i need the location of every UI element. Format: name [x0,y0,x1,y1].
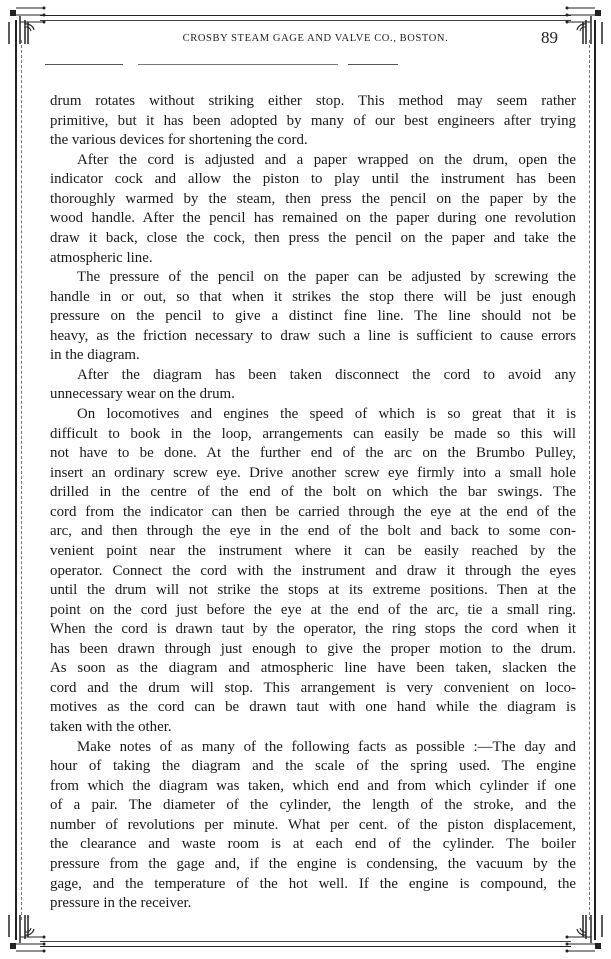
text-line: point on the cord just before the eye at… [50,601,576,621]
text-line: taken with the other. [50,718,576,738]
text-line: cord and the drum will stop. This arrang… [50,679,576,699]
corner-ornament-bottom-left-icon [6,913,46,955]
paragraph: After the diagram has been taken disconn… [50,366,576,405]
page-number: 89 [541,28,558,48]
text-line: motives as the cord can be drawn taut wi… [50,698,576,718]
text-line: pressure on the pencil to give a distinc… [50,307,576,327]
paragraph: The pressure of the pencil on the paper … [50,268,576,366]
text-line: On locomotives and engines the speed of … [50,405,576,425]
paragraph: Make notes of as many of the following f… [50,738,576,914]
text-line: After the diagram has been taken disconn… [50,366,576,386]
text-line: When the cord is drawn taut by the opera… [50,620,576,640]
text-line: operator. Connect the cord with the inst… [50,562,576,582]
header-rule-right [348,64,398,65]
running-head-title: CROSBY STEAM GAGE AND VALVE CO., BOSTON. [60,33,571,44]
text-line: atmospheric line. [50,249,576,269]
text-line: indicator cock and allow the piston to p… [50,170,576,190]
text-line: draw it back, close the cock, then press… [50,229,576,249]
text-line: from which the diagram was taken, which … [50,777,576,797]
text-line: pressure from the gage and, if the engin… [50,855,576,875]
text-line: not have to be done. At the further end … [50,444,576,464]
paragraph: On locomotives and engines the speed of … [50,405,576,738]
right-rule-outer [594,20,596,940]
header-rule-center [138,64,338,65]
text-line: gage, and the temperature of the hot wel… [50,875,576,895]
text-line: difficult to book in the loop, arrangeme… [50,425,576,445]
text-line: wood handle. After the pencil has remain… [50,209,576,229]
paragraph: drum rotates without striking either sto… [50,92,576,151]
text-line: The pressure of the pencil on the paper … [50,268,576,288]
text-line: in the diagram. [50,346,576,366]
text-line: pressure in the receiver. [50,894,576,914]
bottom-rule-inner [40,941,571,942]
text-line: Make notes of as many of the following f… [50,738,576,758]
text-line: unnecessary wear on the drum. [50,385,576,405]
text-line: of a pair. The diameter of the cylinder,… [50,796,576,816]
left-rule-outer [15,20,17,940]
right-rule-inner [589,40,590,920]
running-header: CROSBY STEAM GAGE AND VALVE CO., BOSTON.… [60,28,571,52]
text-line: until the drum will not strike the stops… [50,581,576,601]
text-line: primitive, but it has been adopted by ma… [50,112,576,132]
text-line: has been drawn through just enough to gi… [50,640,576,660]
text-line: handle in or out, so that when it strike… [50,288,576,308]
text-line: number of revolutions per minute. What p… [50,816,576,836]
text-line: venient point near the instrument where … [50,542,576,562]
corner-ornament-top-right-icon [565,4,605,46]
text-line: hour of taking the diagram and the scale… [50,757,576,777]
text-line: cord from the indicator can then be carr… [50,503,576,523]
paragraph: After the cord is adjusted and a paper w… [50,151,576,268]
top-rule-outer [40,15,571,16]
text-line: drum rotates without striking either sto… [50,92,576,112]
left-rule-inner [21,40,22,920]
bottom-rule-outer [40,946,571,947]
corner-ornament-top-left-icon [6,4,46,46]
text-line: insert an ordinary screw eye. Drive anot… [50,464,576,484]
text-line: the various devices for shortening the c… [50,131,576,151]
header-rule-left [45,64,123,65]
text-line: As soon as the diagram and atmospheric l… [50,659,576,679]
top-rule-inner [40,20,571,21]
text-line: thoroughly warmed by the steam, then pre… [50,190,576,210]
text-line: the clearance and waste room is at each … [50,835,576,855]
body-text: drum rotates without striking either sto… [50,92,576,914]
text-line: heavy, as the friction necessary to draw… [50,327,576,347]
text-line: After the cord is adjusted and a paper w… [50,151,576,171]
text-line: arc, and then through the eye in the end… [50,522,576,542]
text-line: drilled in the centre of the end of the … [50,483,576,503]
corner-ornament-bottom-right-icon [565,913,605,955]
